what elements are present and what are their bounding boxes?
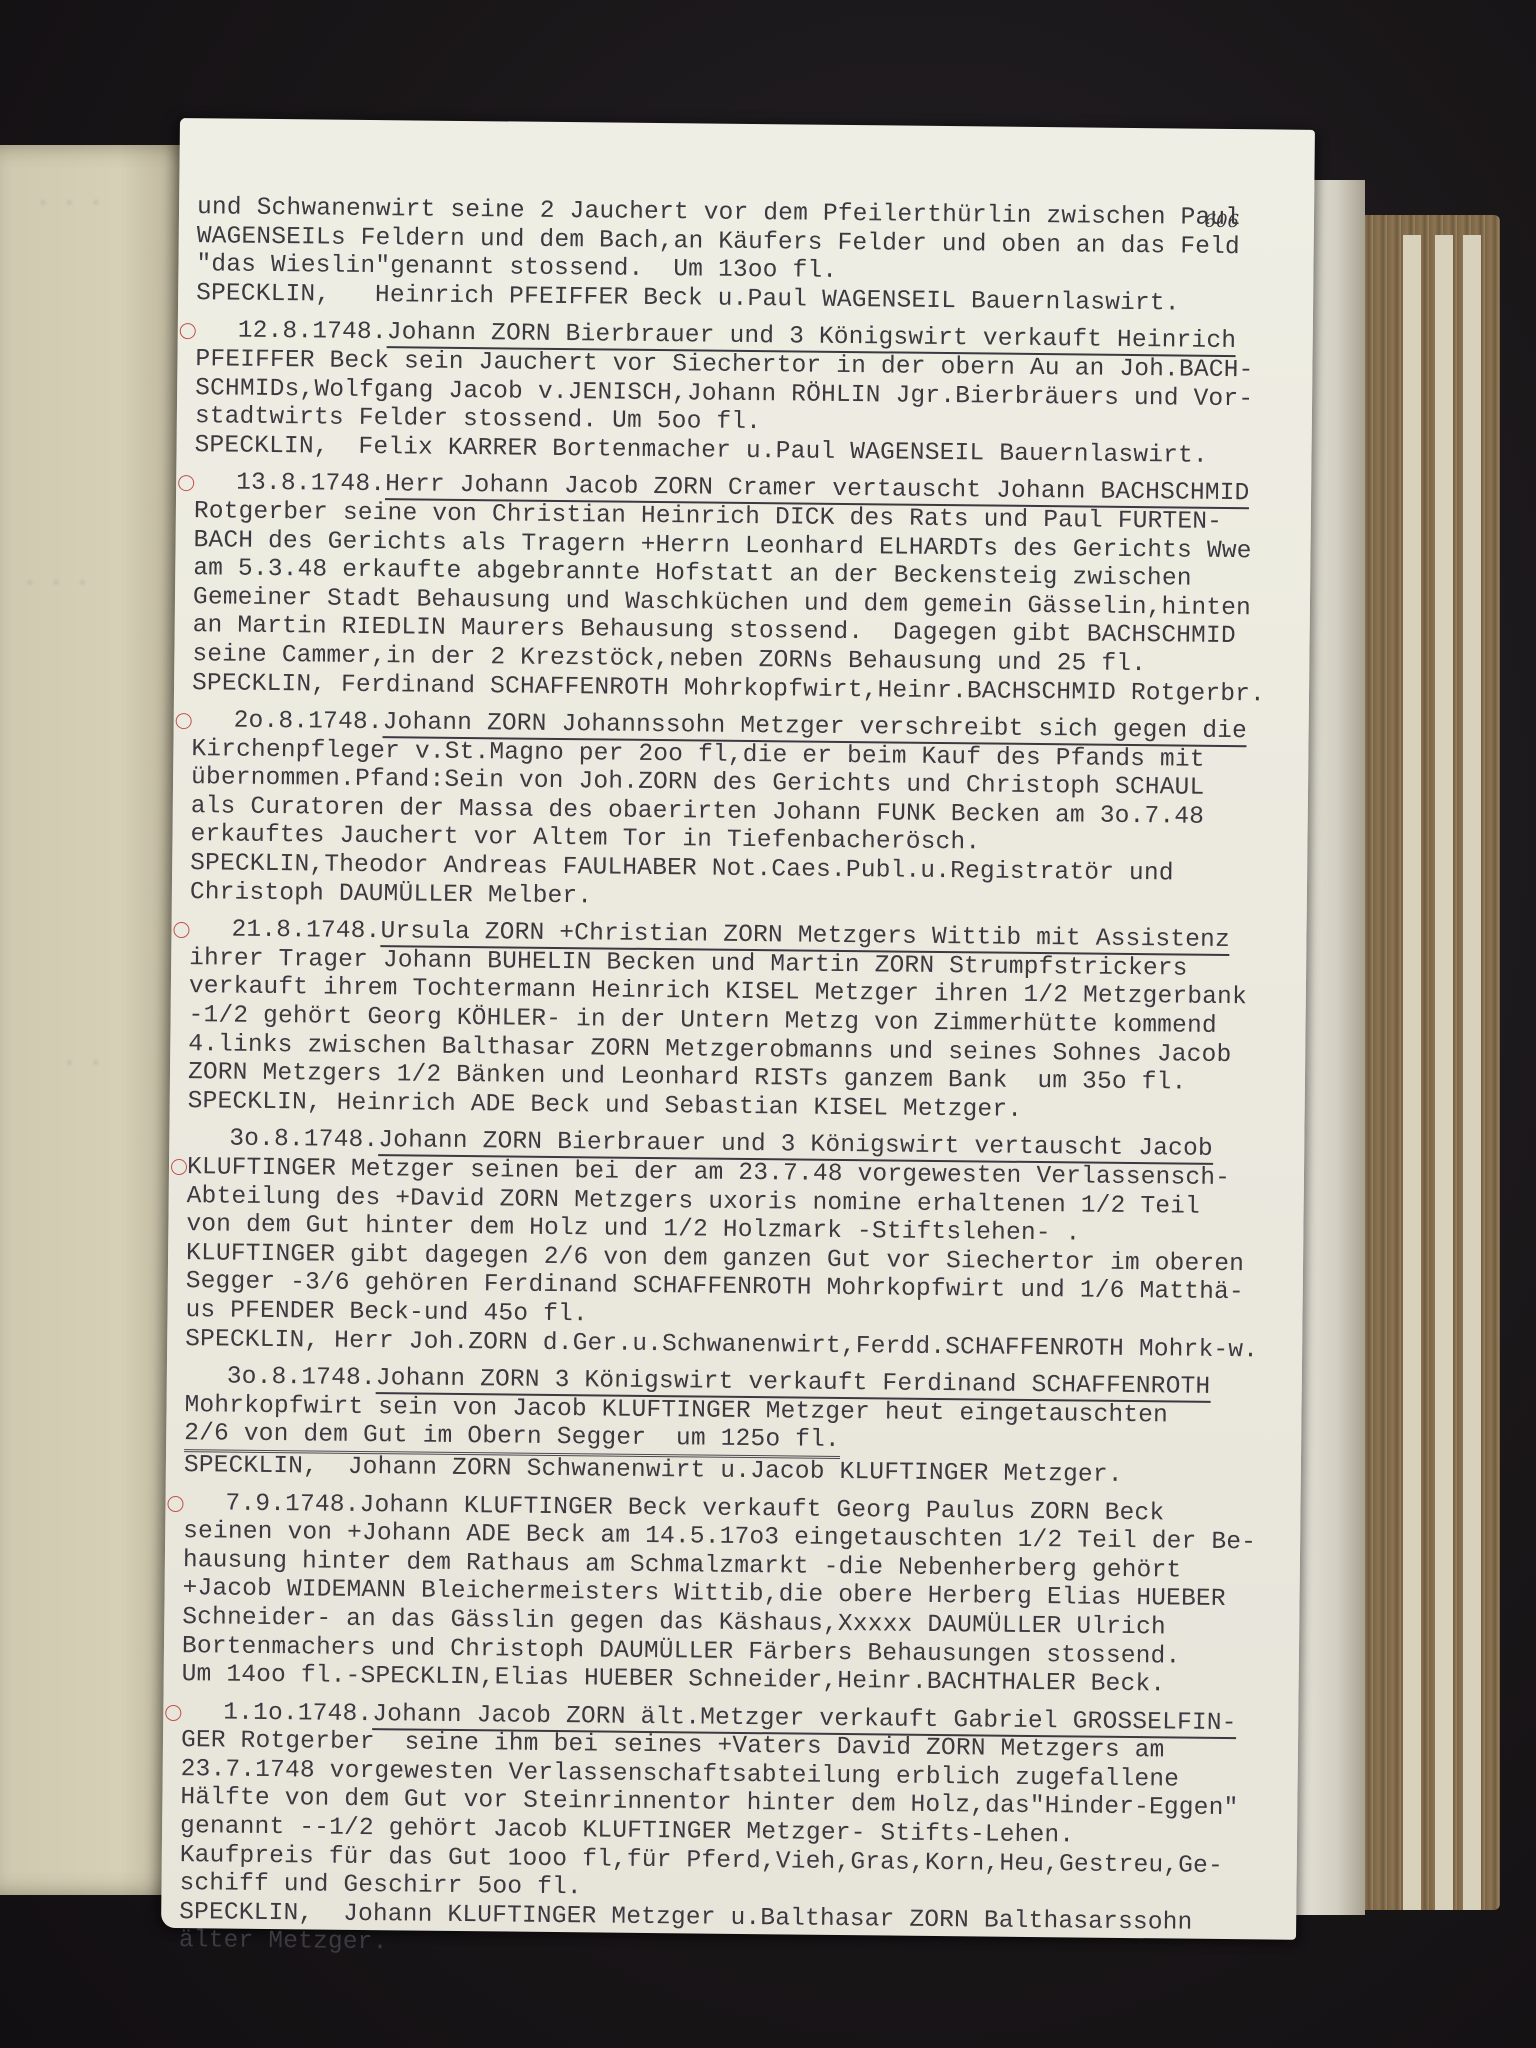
book-page-edges <box>1345 215 1500 1910</box>
margin-annotation-icon <box>171 1159 187 1175</box>
entry-date: 13.8.1748. <box>236 470 385 499</box>
margin-annotation-icon <box>173 922 189 938</box>
left-page-ghost-text: . . . <box>10 185 180 213</box>
margin-annotation-icon <box>167 1495 183 1511</box>
register-entry: und Schwanenwirt seine 2 Jauchert vor de… <box>196 194 1284 320</box>
entry-line: SPECKLIN, Johann ZORN Schwanenwirt u.Jac… <box>184 1452 1271 1492</box>
document-page: 606 und Schwanenwirt seine 2 Jauchert vo… <box>161 118 1315 1940</box>
register-entry: 2o.8.1748.Johann ZORN Johannssohn Metzge… <box>190 707 1279 919</box>
entry-date: 1.1o.1748. <box>223 1699 372 1728</box>
register-entry: 21.8.1748.Ursula ZORN +Christian ZORN Me… <box>188 916 1277 1128</box>
register-entry: 3o.8.1748.Johann ZORN Bierbrauer und 3 K… <box>185 1126 1274 1366</box>
margin-annotation-icon <box>176 713 192 729</box>
left-page-ghost-text: . . <box>10 1045 180 1073</box>
entry-date: 3o.8.1748. <box>229 1126 378 1155</box>
entry-date: 2o.8.1748. <box>234 708 383 737</box>
left-page-ghost-text: . . . <box>10 565 180 593</box>
margin-annotation-icon <box>165 1705 181 1721</box>
margin-annotation-icon <box>178 475 194 491</box>
entry-date: 3o.8.1748. <box>227 1364 376 1393</box>
margin-annotation-icon <box>180 323 196 339</box>
entry-date: 12.8.1748. <box>238 318 387 347</box>
register-entry: 13.8.1748.Herr Johann Jacob ZORN Cramer … <box>192 470 1281 710</box>
entry-date: 7.9.1748. <box>225 1490 359 1518</box>
register-entry: 12.8.1748.Johann ZORN Bierbrauer und 3 K… <box>194 318 1282 472</box>
register-entry: 3o.8.1748.Johann ZORN 3 Königswirt verka… <box>184 1363 1272 1492</box>
register-entry: 1.1o.1748.Johann Jacob ZORN ält.Metzger … <box>179 1699 1269 1968</box>
register-entries: und Schwanenwirt seine 2 Jauchert vor de… <box>179 194 1284 1976</box>
register-entry: 7.9.1748.Johann KLUFTINGER Beck verkauft… <box>182 1490 1271 1702</box>
entry-date: 21.8.1748. <box>231 917 380 946</box>
